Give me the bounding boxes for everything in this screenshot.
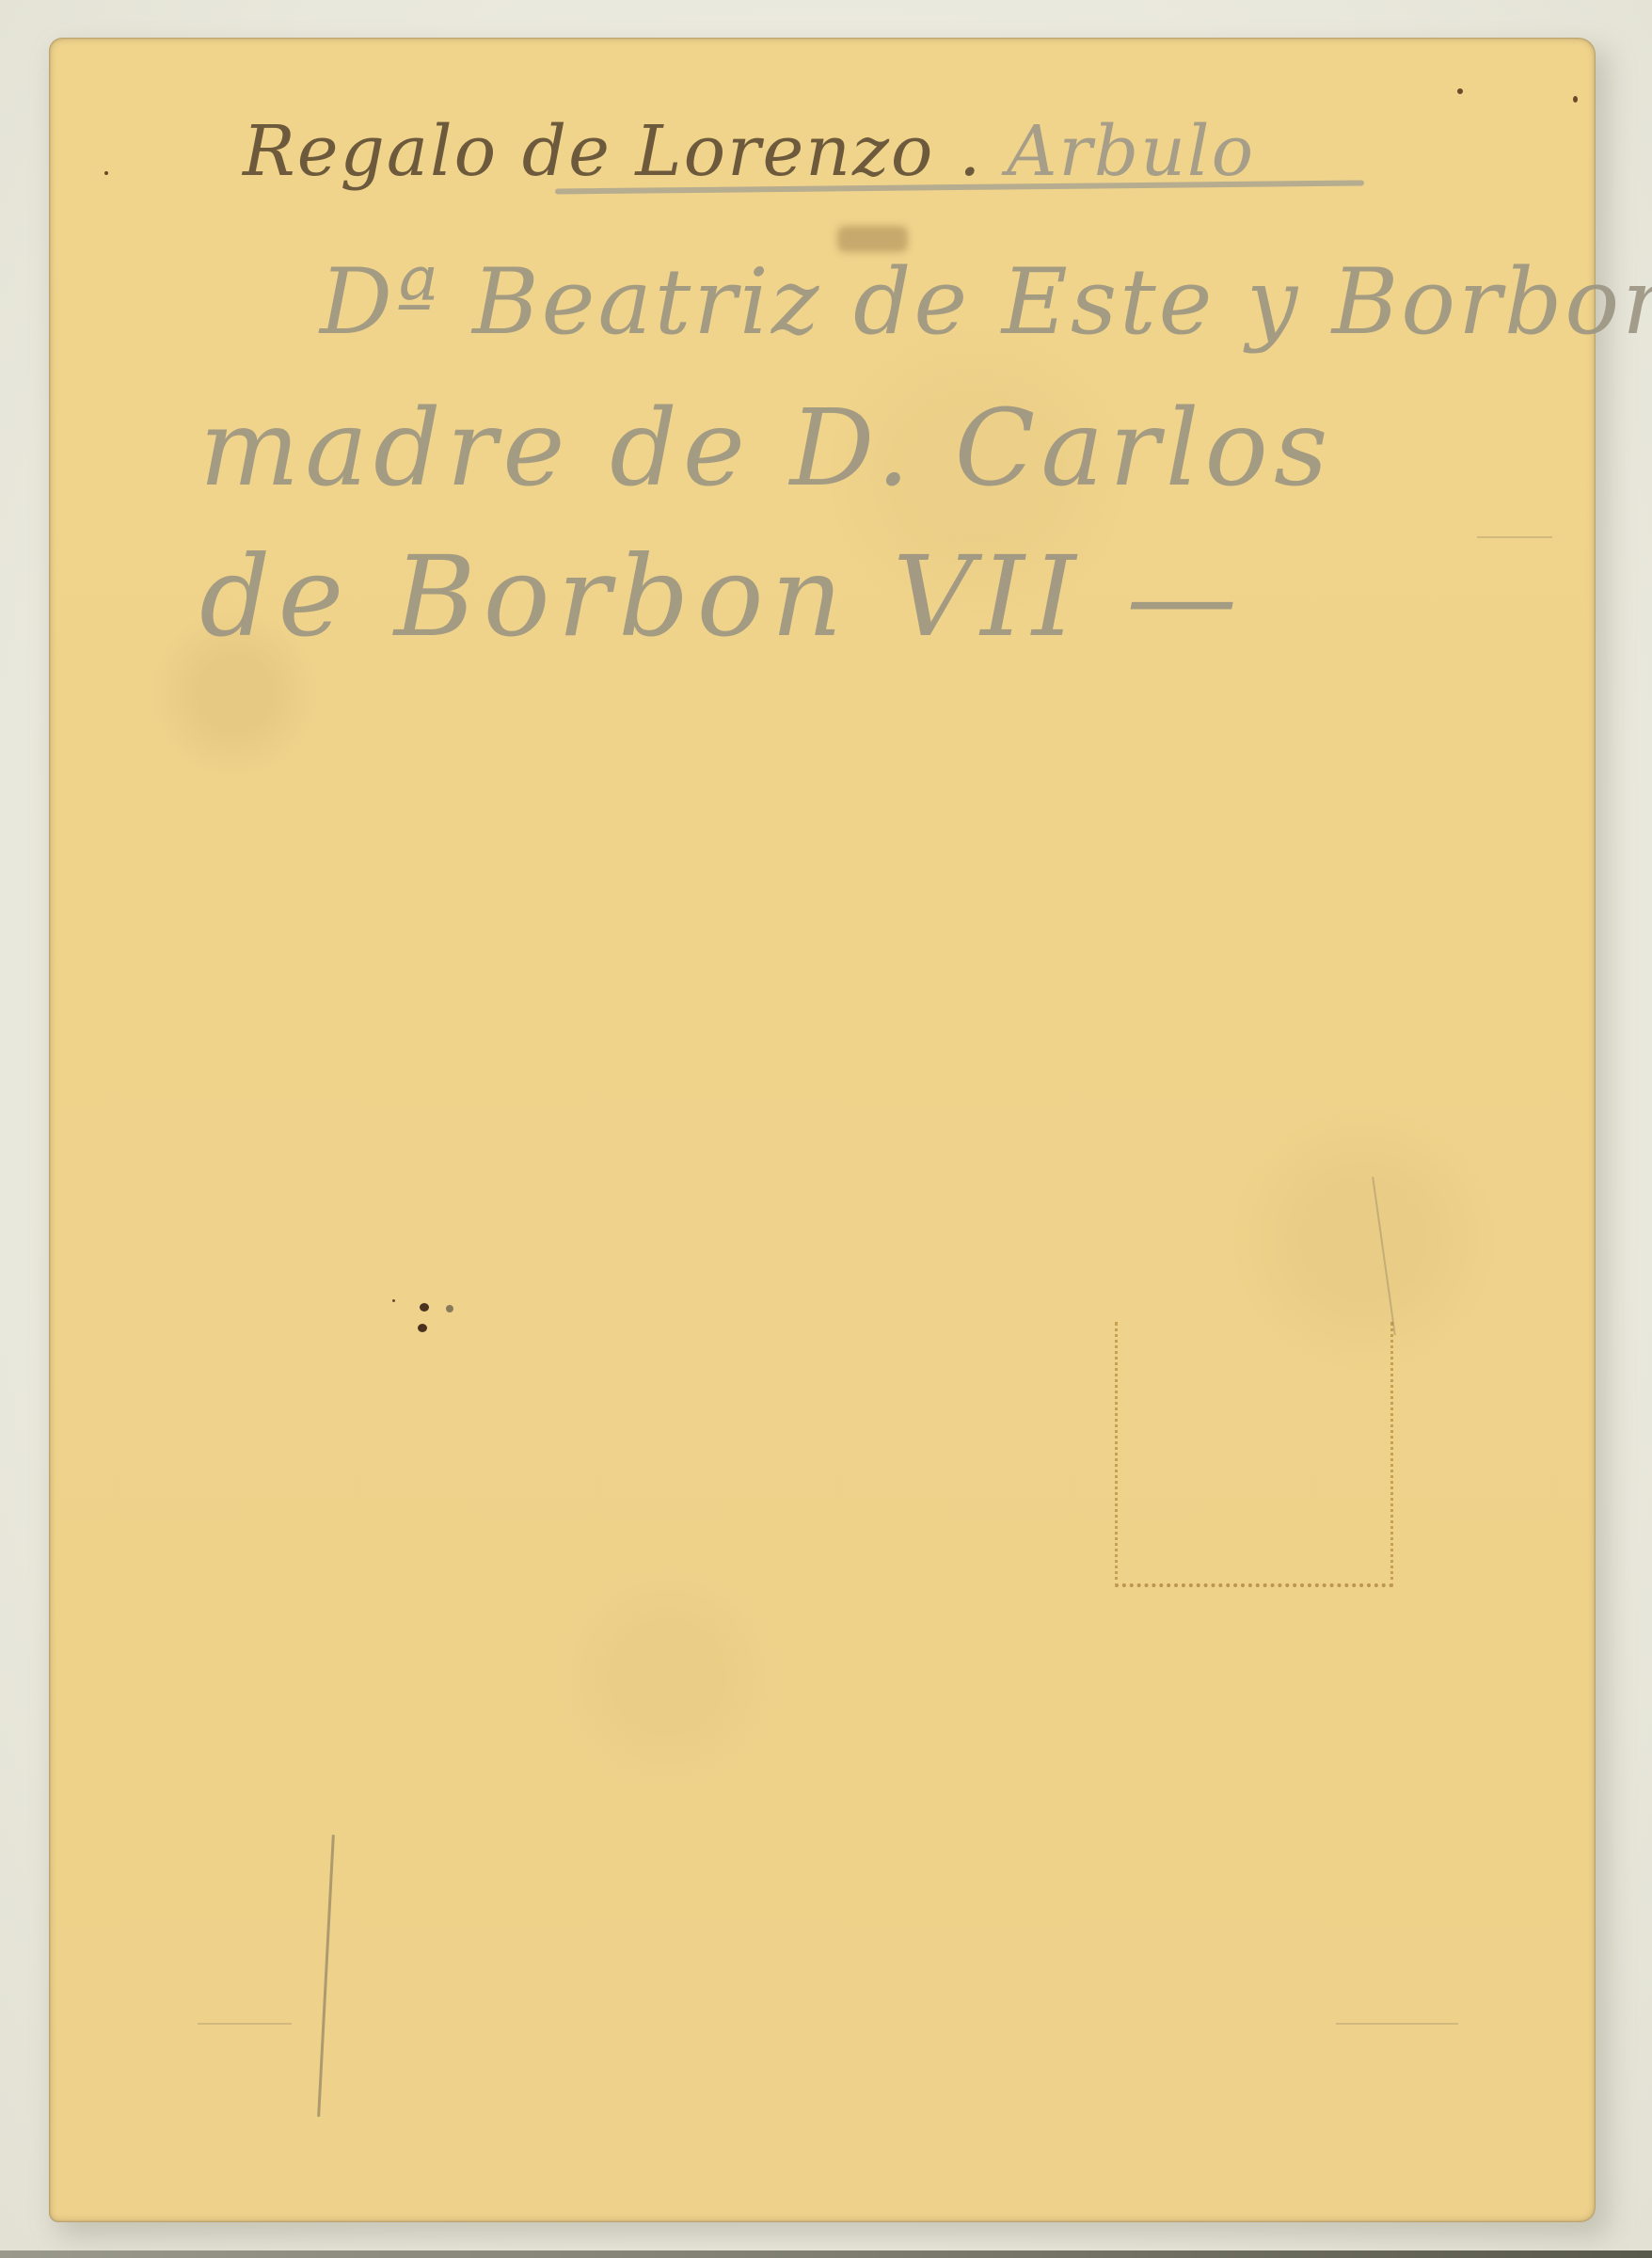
inscription-line-1: Regalo de Lorenzo . Arbulo	[243, 111, 1255, 192]
inscription-line-2: Dª Beatriz de Este y Borbon	[320, 249, 1652, 355]
ink-dot	[418, 1324, 427, 1332]
ink-dot	[420, 1303, 429, 1312]
pencil-stroke	[1336, 2023, 1458, 2025]
ink-speck	[104, 171, 108, 175]
inscription-line-4: de Borbon VII —	[199, 532, 1245, 661]
pencil-stroke	[1477, 536, 1552, 538]
ink-dot	[392, 1299, 395, 1302]
ink-smudge	[837, 226, 908, 252]
ink-dot	[446, 1305, 453, 1312]
ink-speck	[1457, 88, 1463, 94]
ink-speck	[1573, 96, 1578, 103]
scan-bottom-strip	[0, 2250, 1652, 2258]
inscription-ink-text: Regalo de Lorenzo .	[243, 111, 983, 192]
pencil-signature: Arbulo	[1007, 111, 1255, 192]
faint-rectangle-mark	[1115, 1322, 1393, 1587]
pencil-stroke	[198, 2023, 292, 2025]
photo-card-back	[49, 38, 1596, 2222]
inscription-line-3: madre de D. Carlos	[199, 388, 1333, 510]
